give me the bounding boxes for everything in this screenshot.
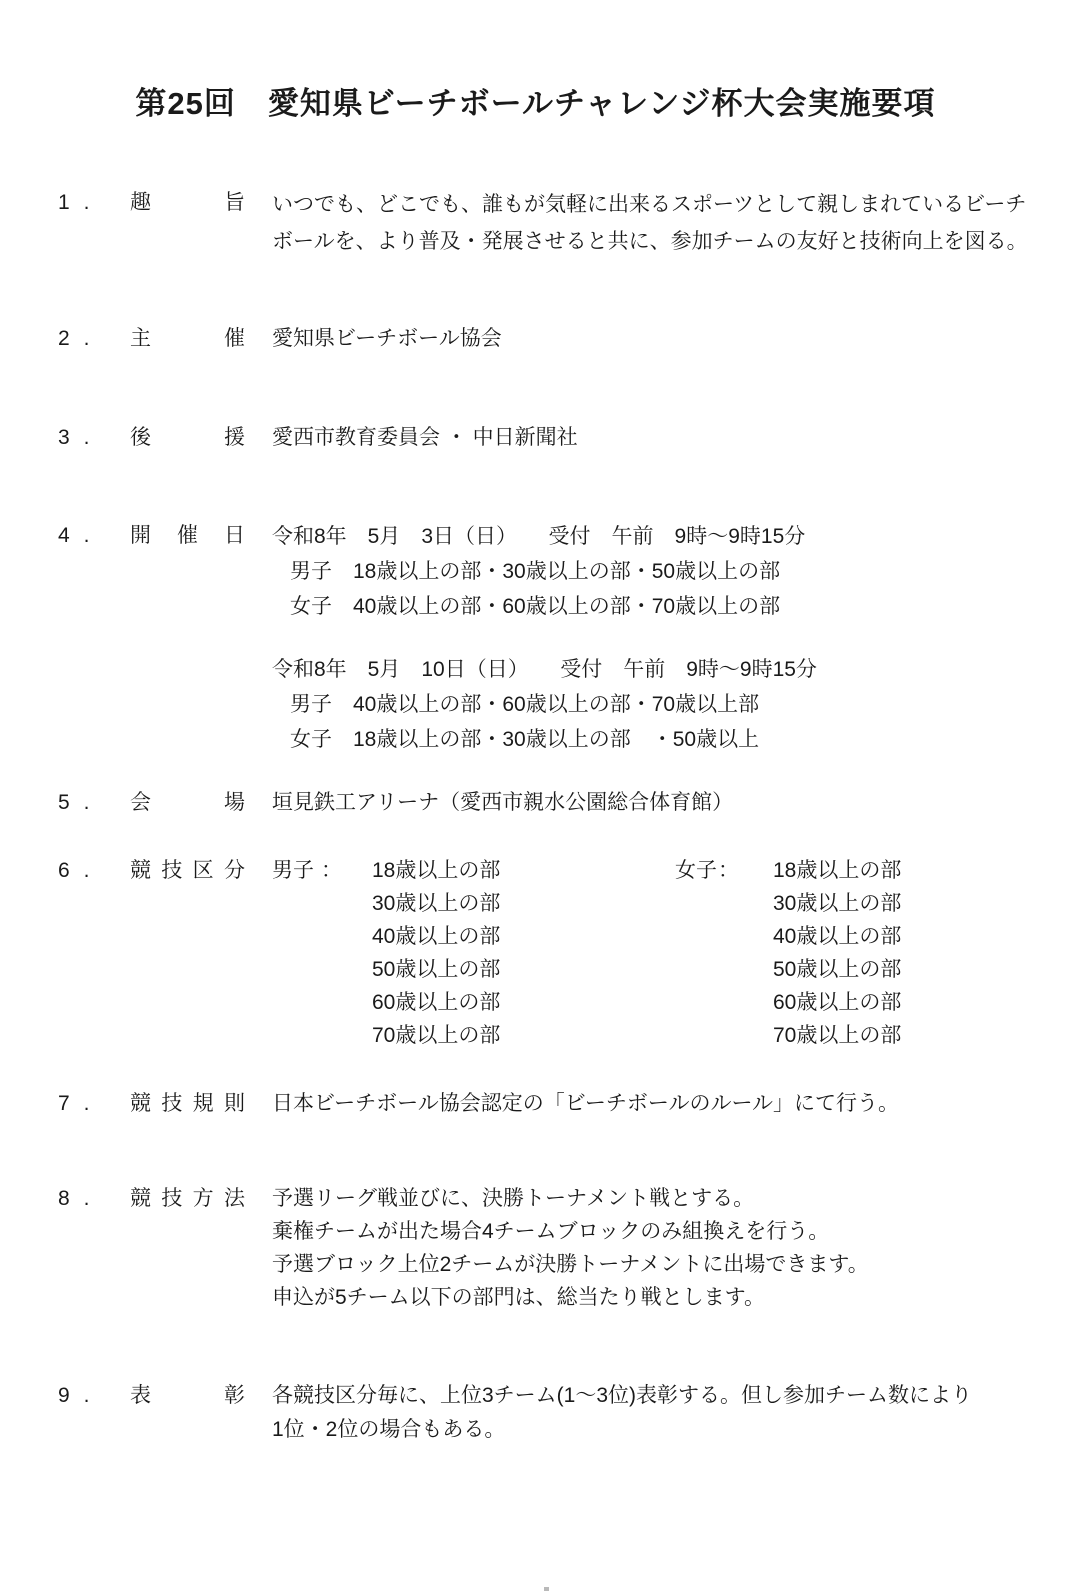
section-number: 3. [58, 421, 130, 455]
section-rules: 7. 競技規則 日本ビーチボール協会認定の「ビーチボールのルール」にて行う。 [58, 1087, 899, 1121]
section-label: 競技区分 [130, 854, 245, 888]
section-method: 8. 競技方法 予選リーグ戦並びに、決勝トーナメント戦とする。 棄権チームが出た… [58, 1182, 869, 1314]
women-divisions-column: 女子 ： 18歳以上の部 30歳以上の部 40歳以上の部 50歳以上の部 60歳… [675, 854, 901, 1052]
section-content: 予選リーグ戦並びに、決勝トーナメント戦とする。 棄権チームが出た場合4チームブロ… [272, 1182, 869, 1314]
day2-women-divisions: 女子 18歳以上の部・30歳以上の部 ・50歳以上 [272, 722, 817, 757]
document-title: 第25回 愛知県ビーチボールチャレンジ杯大会実施要項 [0, 78, 1071, 123]
awards-line-1: 各競技区分毎に、上位3チーム(1～3位)表彰する。但し参加チーム数により [272, 1379, 972, 1413]
day2-men-divisions: 男子 40歳以上の部・60歳以上の部・70歳以上部 [272, 687, 817, 722]
section-content: 垣見鉄工アリーナ（愛西市親水公園総合体育館） [272, 786, 733, 820]
day1-men-divisions: 男子 18歳以上の部・30歳以上の部・50歳以上の部 [272, 554, 805, 589]
women-age-item: 60歳以上の部 [773, 986, 901, 1019]
men-age-item: 50歳以上の部 [372, 953, 500, 986]
section-organizer: 2. 主催 愛知県ビーチボール協会 [58, 322, 502, 356]
men-gender-cell: 男子 ： [272, 854, 372, 887]
method-line-4: 申込が5チーム以下の部門は、総当たり戦とします。 [272, 1281, 869, 1314]
section-number: 1. [58, 186, 130, 220]
women-age-item: 18歳以上の部 [773, 854, 901, 887]
venue-text: 垣見鉄工アリーナ（愛西市親水公園総合体育館） [272, 786, 733, 820]
men-age-item: 18歳以上の部 [372, 854, 500, 887]
section-supporters: 3. 後援 愛西市教育委員会 ・ 中日新聞社 [58, 421, 578, 455]
section-number: 8. [58, 1182, 130, 1216]
section-event-dates: 4. 開催日 令和8年 5月 3日（日） 受付 午前 9時～9時15分 男子 1… [58, 519, 805, 624]
section-number: 6. [58, 854, 130, 888]
purpose-line-1: いつでも、どこでも、誰もが気軽に出来るスポーツとして親しまれているビーチ [272, 186, 1028, 223]
women-age-item: 70歳以上の部 [773, 1019, 901, 1052]
document-page: 第25回 愛知県ビーチボールチャレンジ杯大会実施要項 1. 趣旨 いつでも、どこ… [0, 0, 1071, 1593]
section-label: 表彰 [130, 1379, 245, 1413]
section-number: 4. [58, 519, 130, 553]
section-number: 7. [58, 1087, 130, 1121]
section-content: 愛知県ビーチボール協会 [272, 322, 502, 356]
men-colon: ： [321, 854, 342, 887]
women-colon: ： [718, 854, 739, 887]
section-number: 5. [58, 786, 130, 820]
method-line-2: 棄権チームが出た場合4チームブロックのみ組換えを行う。 [272, 1215, 869, 1248]
section-label: 競技規則 [130, 1087, 245, 1121]
rules-text: 日本ビーチボール協会認定の「ビーチボールのルール」にて行う。 [272, 1087, 899, 1121]
section-label: 会場 [130, 786, 245, 820]
section-label: 主催 [130, 322, 245, 356]
section-content: 各競技区分毎に、上位3チーム(1～3位)表彰する。但し参加チーム数により 1位・… [272, 1379, 972, 1447]
men-age-item: 70歳以上の部 [372, 1019, 500, 1052]
men-age-item: 30歳以上の部 [372, 887, 500, 920]
women-age-item: 30歳以上の部 [773, 887, 901, 920]
day1-block: 令和8年 5月 3日（日） 受付 午前 9時～9時15分 男子 18歳以上の部・… [272, 519, 805, 624]
section-label: 後援 [130, 421, 245, 455]
men-gender-label: 男子 [272, 854, 314, 887]
day1-women-divisions: 女子 40歳以上の部・60歳以上の部・70歳以上の部 [272, 589, 805, 624]
women-age-item: 50歳以上の部 [773, 953, 901, 986]
section-content: いつでも、どこでも、誰もが気軽に出来るスポーツとして親しまれているビーチ ボール… [272, 186, 1028, 260]
day1-date: 令和8年 5月 3日（日） 受付 午前 9時～9時15分 [272, 519, 805, 554]
section-awards: 9. 表彰 各競技区分毎に、上位3チーム(1～3位)表彰する。但し参加チーム数に… [58, 1379, 972, 1447]
women-gender-label: 女子 [675, 854, 717, 887]
women-age-item: 40歳以上の部 [773, 920, 901, 953]
supporters-text: 愛西市教育委員会 ・ 中日新聞社 [272, 421, 578, 455]
section-label: 趣旨 [130, 186, 245, 220]
women-gender-cell: 女子 ： [675, 854, 773, 887]
organizer-text: 愛知県ビーチボール協会 [272, 322, 502, 356]
page-number-remnant [544, 1587, 549, 1591]
men-divisions-column: 男子 ： 18歳以上の部 30歳以上の部 40歳以上の部 50歳以上の部 60歳… [272, 854, 500, 1052]
section-content: 日本ビーチボール協会認定の「ビーチボールのルール」にて行う。 [272, 1087, 899, 1121]
method-line-1: 予選リーグ戦並びに、決勝トーナメント戦とする。 [272, 1182, 869, 1215]
method-line-3: 予選ブロック上位2チームが決勝トーナメントに出場できます。 [272, 1248, 869, 1281]
day2-date: 令和8年 5月 10日（日） 受付 午前 9時～9時15分 [272, 652, 817, 687]
section-divisions: 6. 競技区分 男子 ： 18歳以上の部 30歳以上の部 40歳以上の部 50歳… [58, 854, 500, 1052]
awards-line-2: 1位・2位の場合もある。 [272, 1413, 972, 1447]
men-age-list: 18歳以上の部 30歳以上の部 40歳以上の部 50歳以上の部 60歳以上の部 … [372, 854, 500, 1052]
purpose-line-2: ボールを、より普及・発展させると共に、参加チームの友好と技術向上を図る。 [272, 223, 1028, 260]
section-label: 競技方法 [130, 1182, 245, 1216]
women-age-list: 18歳以上の部 30歳以上の部 40歳以上の部 50歳以上の部 60歳以上の部 … [773, 854, 901, 1052]
day2-block: 令和8年 5月 10日（日） 受付 午前 9時～9時15分 男子 40歳以上の部… [272, 652, 817, 757]
section-purpose: 1. 趣旨 いつでも、どこでも、誰もが気軽に出来るスポーツとして親しまれているビ… [58, 186, 1028, 260]
section-venue: 5. 会場 垣見鉄工アリーナ（愛西市親水公園総合体育館） [58, 786, 733, 820]
men-age-item: 60歳以上の部 [372, 986, 500, 1019]
section-label: 開催日 [130, 519, 245, 553]
section-content: 愛西市教育委員会 ・ 中日新聞社 [272, 421, 578, 455]
section-number: 2. [58, 322, 130, 356]
men-age-item: 40歳以上の部 [372, 920, 500, 953]
section-number: 9. [58, 1379, 130, 1413]
